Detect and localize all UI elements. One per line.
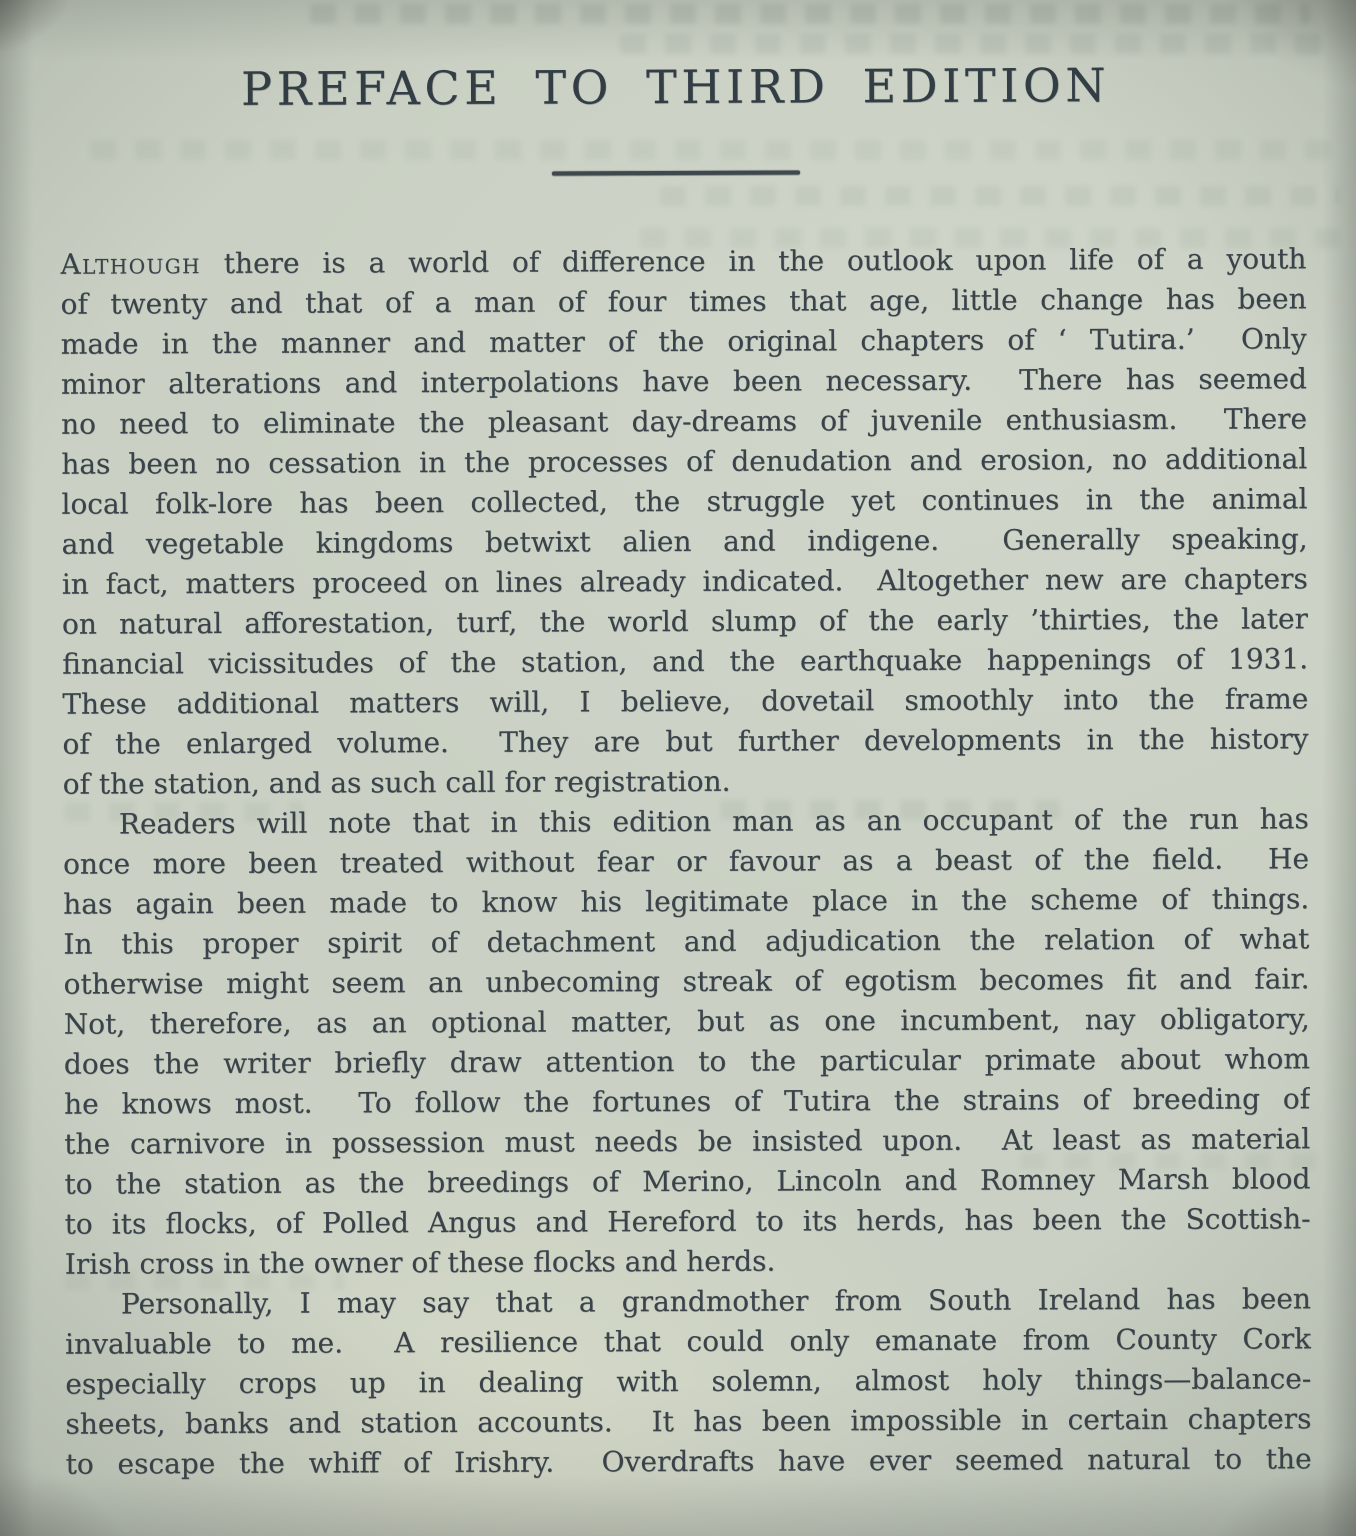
text-line: the carnivore in possession must needs b… [64, 1119, 1310, 1164]
text-line: Personally, I may say that a grandmother… [65, 1279, 1311, 1324]
text-line: Although there is a world of difference … [60, 239, 1306, 284]
title-divider-rule [552, 170, 800, 175]
scanned-book-page: { "colors": { "paper": "#cad1c4", "ink":… [0, 0, 1356, 1536]
text-line: Not, therefore, as an optional matter, b… [64, 999, 1310, 1044]
text-line: sheets, banks and station accounts. It h… [65, 1399, 1311, 1444]
show-through-ghost [310, 4, 1310, 24]
text-line: no need to eliminate the pleasant day-dr… [61, 399, 1307, 444]
text-line: especially crops up in dealing with sole… [65, 1359, 1311, 1404]
text-line: to its flocks, of Polled Angus and Heref… [65, 1199, 1311, 1244]
show-through-ghost [620, 34, 1340, 54]
text-line: These additional matters will, I believe… [62, 679, 1308, 724]
text-line: has been no cessation in the processes o… [61, 439, 1307, 484]
text-line: local folk-lore has been collected, the … [61, 479, 1307, 524]
text-line: on natural afforestation, turf, the worl… [62, 599, 1308, 644]
text-line: has again been made to know his legitima… [63, 879, 1309, 924]
text-line: financial vicissitudes of the station, a… [62, 639, 1308, 684]
text-line: in fact, matters proceed on lines alread… [62, 559, 1308, 604]
text-line: In this proper spirit of detachment and … [63, 919, 1309, 964]
lead-word-smallcaps: Although [60, 247, 201, 281]
page-content: PREFACE TO THIRD EDITION Although there … [0, 57, 1356, 1485]
text-line: Readers will note that in this edition m… [63, 799, 1309, 844]
text-line: minor alterations and interpolations hav… [61, 359, 1307, 404]
text-line: of the enlarged volume. They are but fur… [62, 719, 1308, 764]
text-line: does the writer briefly draw attention t… [64, 1039, 1310, 1084]
text-line: Irish cross in the owner of these flocks… [65, 1239, 1311, 1284]
text-line: made in the manner and matter of the ori… [61, 319, 1307, 364]
text-line: of twenty and that of a man of four time… [60, 279, 1306, 324]
page-root: PREFACE TO THIRD EDITION Although there … [0, 0, 1356, 1536]
body-text: Although there is a world of difference … [0, 239, 1356, 1485]
text-line: otherwise might seem an unbecoming strea… [63, 959, 1309, 1004]
text-line: once more been treated without fear or f… [63, 839, 1309, 884]
text-line: to the station as the breedings of Merin… [64, 1159, 1310, 1204]
text-line: and vegetable kingdoms betwixt alien and… [62, 519, 1308, 564]
text-line: invaluable to me. A resilience that coul… [65, 1319, 1311, 1364]
text-line: to escape the whiff of Irishry. Overdraf… [66, 1439, 1312, 1484]
text-line: of the station, and as such call for reg… [63, 759, 1309, 804]
text-line: he knows most. To follow the fortunes of… [64, 1079, 1310, 1124]
page-title: PREFACE TO THIRD EDITION [0, 57, 1354, 117]
